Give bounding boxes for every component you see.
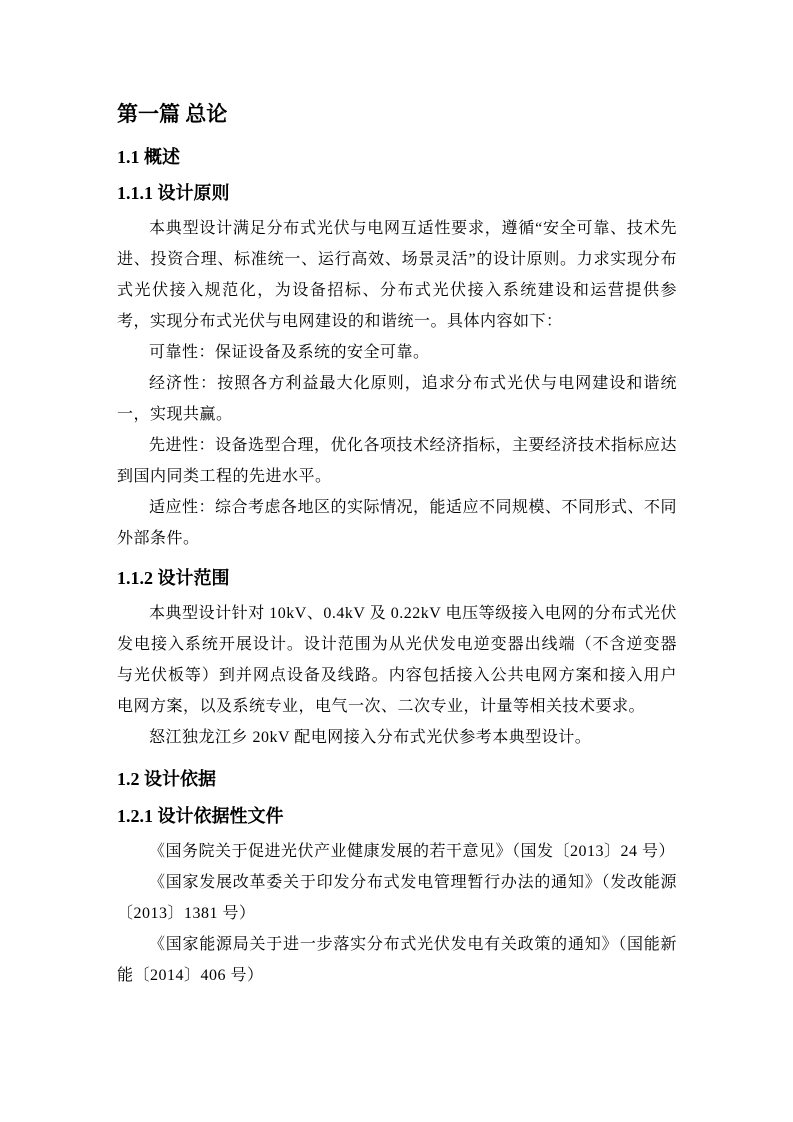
paragraph-adaptability: 适应性：综合考虑各地区的实际情况，能适应不同规模、不同形式、不同外部条件。 <box>117 492 677 554</box>
paragraph-reliability: 可靠性：保证设备及系统的安全可靠。 <box>117 337 677 368</box>
heading-1-2-design-basis: 1.2 设计依据 <box>117 767 677 791</box>
paragraph-reference-fagai-2013-1381: 《国家发展改革委关于印发分布式发电管理暂行办法的通知》（发改能源〔2013〕13… <box>117 867 677 929</box>
heading-1-1-overview: 1.1 概述 <box>117 145 677 169</box>
paragraph-nujiang-note: 怒江独龙江乡 20kV 配电网接入分布式光伏参考本典型设计。 <box>117 722 677 753</box>
heading-1-1-1-design-principles: 1.1.1 设计原则 <box>117 181 677 205</box>
heading-part-1: 第一篇 总论 <box>117 101 677 127</box>
paragraph-design-principles-intro: 本典型设计满足分布式光伏与电网互适性要求，遵循“安全可靠、技术先进、投资合理、标… <box>117 213 677 337</box>
paragraph-economy: 经济性：按照各方利益最大化原则，追求分布式光伏与电网建设和谐统一，实现共赢。 <box>117 368 677 430</box>
paragraph-reference-guoneng-2014-406: 《国家能源局关于进一步落实分布式光伏发电有关政策的通知》（国能新能〔2014〕4… <box>117 929 677 991</box>
document-content: 第一篇 总论 1.1 概述 1.1.1 设计原则 本典型设计满足分布式光伏与电网… <box>117 0 677 991</box>
document-page: 第一篇 总论 1.1 概述 1.1.1 设计原则 本典型设计满足分布式光伏与电网… <box>0 0 793 1122</box>
paragraph-advancement: 先进性：设备选型合理，优化各项技术经济指标，主要经济技术指标应达到国内同类工程的… <box>117 430 677 492</box>
heading-1-1-2-design-scope: 1.1.2 设计范围 <box>117 566 677 590</box>
paragraph-reference-guofa-2013-24: 《国务院关于促进光伏产业健康发展的若干意见》（国发〔2013〕24 号） <box>117 836 677 867</box>
paragraph-design-scope: 本典型设计针对 10kV、0.4kV 及 0.22kV 电压等级接入电网的分布式… <box>117 598 677 722</box>
heading-1-2-1-basis-documents: 1.2.1 设计依据性文件 <box>117 804 677 828</box>
